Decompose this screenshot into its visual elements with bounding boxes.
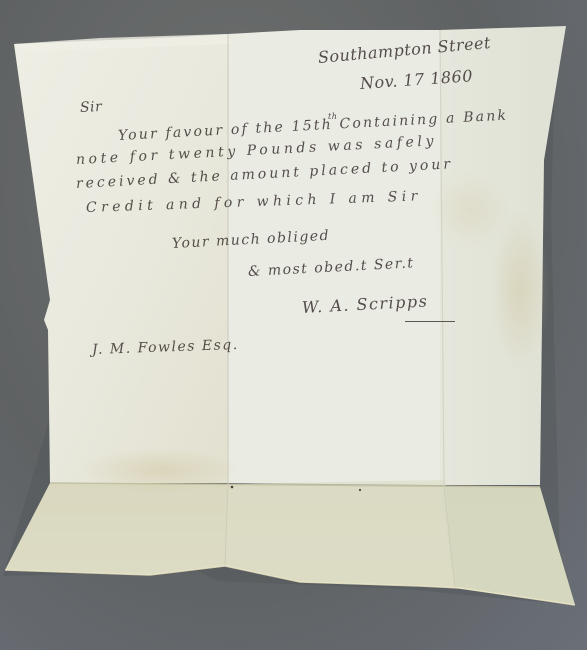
folded-letter-paper	[0, 0, 587, 650]
stain	[80, 448, 240, 492]
bottom-flap-middle	[225, 480, 455, 588]
salutation: Sir	[80, 99, 103, 116]
pinhole	[231, 486, 234, 489]
photo-scene: Southampton Street Nov. 17 1860 Sir th Y…	[0, 0, 587, 650]
stain	[430, 170, 510, 250]
signature-underline	[405, 321, 455, 322]
left-panel	[14, 34, 228, 483]
pinhole	[359, 489, 361, 491]
